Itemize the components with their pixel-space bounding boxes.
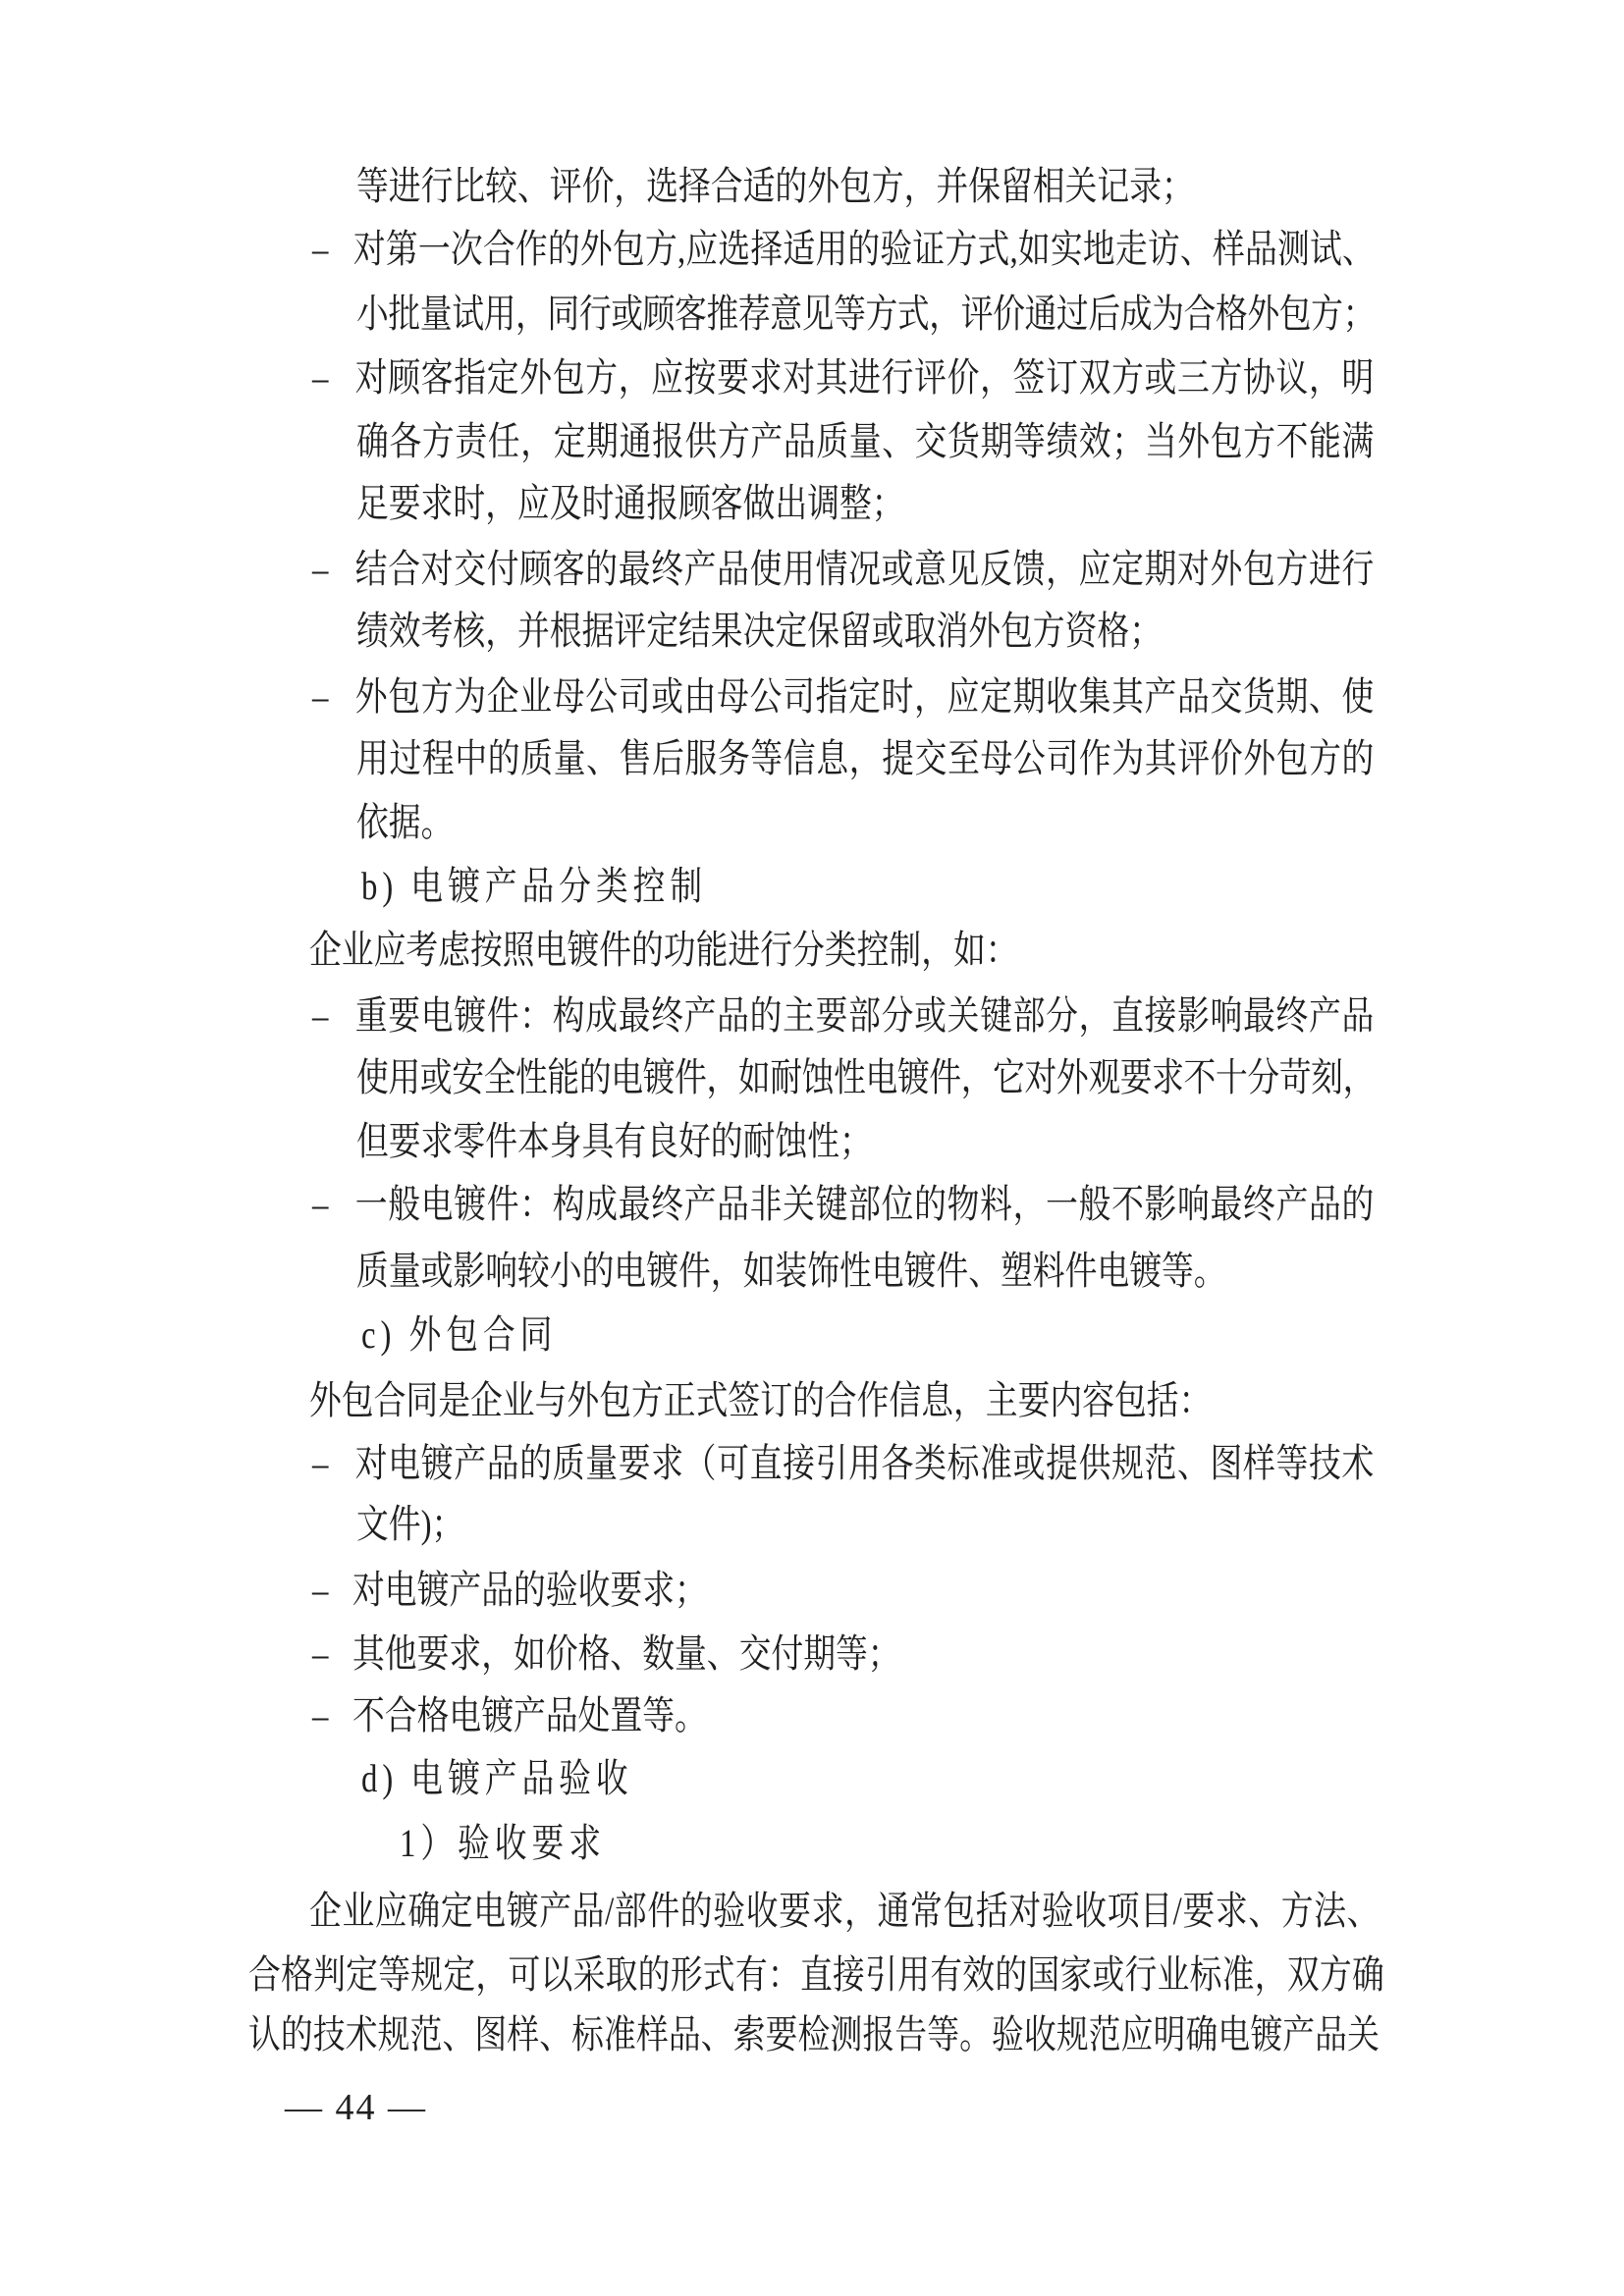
text-line: – 对第一次合作的外包方,应选择适用的验证方式,如实地走访、样品测试、 — [312, 226, 1375, 273]
text-line: 用过程中的质量、售后服务等信息，提交至母公司作为其评价外包方的 — [356, 735, 1375, 782]
text-line: – 对电镀产品的验收要求； — [312, 1567, 707, 1614]
document-page: 等进行比较、评价，选择合适的外包方，并保留相关记录；– 对第一次合作的外包方,应… — [0, 0, 1624, 2296]
text-line: d) 电镀产品验收 — [361, 1755, 633, 1802]
text-line: – 重要电镀件：构成最终产品的主要部分或关键部分，直接影响最终产品 — [312, 992, 1375, 1040]
text-line: 绩效考核，并根据评定结果决定保留或取消外包方资格； — [356, 608, 1162, 655]
text-line: – 不合格电镀产品处置等。 — [312, 1692, 707, 1739]
page-number-footer: — 44 — — [285, 2086, 427, 2129]
text-line: – 对顾客指定外包方，应按要求对其进行评价，签订双方或三方协议，明 — [312, 354, 1375, 401]
text-line: 合格判定等规定，可以采取的形式有：直接引用有效的国家或行业标准，双方确 — [248, 1951, 1384, 1999]
text-line: 文件)； — [356, 1501, 463, 1548]
text-line: 依据。 — [356, 799, 453, 846]
text-line: 认的技术规范、图样、标准样品、索要检测报告等。验收规范应明确电镀产品关 — [248, 2011, 1380, 2058]
text-line: 小批量试用，同行或顾客推荐意见等方式，评价通过后成为合格外包方； — [356, 291, 1375, 338]
text-line: – 结合对交付顾客的最终产品使用情况或意见反馈，应定期对外包方进行 — [312, 546, 1375, 593]
text-line: – 对电镀产品的质量要求（可直接引用各类标准或提供规范、图样等技术 — [312, 1440, 1375, 1487]
text-line: 确各方责任，定期通报供方产品质量、交货期等绩效；当外包方不能满 — [356, 418, 1375, 465]
text-line: 1）验收要求 — [400, 1820, 606, 1867]
text-line: 企业应考虑按照电镀件的功能进行分类控制，如： — [309, 927, 1018, 974]
text-line: 企业应确定电镀产品/部件的验收要求，通常包括对验收项目/要求、方法、 — [309, 1888, 1380, 1935]
text-line: c) 外包合同 — [361, 1311, 557, 1359]
text-line: 足要求时，应及时通报顾客做出调整； — [356, 480, 904, 527]
text-line: 质量或影响较小的电镀件，如装饰性电镀件、塑料件电镀等。 — [356, 1248, 1226, 1295]
text-line: – 其他要求，如价格、数量、交付期等； — [312, 1630, 900, 1678]
text-line: 等进行比较、评价，选择合适的外包方，并保留相关记录； — [356, 163, 1194, 210]
text-line: 但要求零件本身具有良好的耐蚀性； — [356, 1118, 872, 1165]
text-line: – 一般电镀件：构成最终产品非关键部位的物料，一般不影响最终产品的 — [312, 1181, 1375, 1228]
text-line: b) 电镀产品分类控制 — [361, 863, 707, 910]
text-line: 外包合同是企业与外包方正式签订的合作信息，主要内容包括： — [309, 1377, 1211, 1424]
text-line: 使用或安全性能的电镀件，如耐蚀性电镀件，它对外观要求不十分苛刻， — [356, 1054, 1375, 1101]
text-line: – 外包方为企业母公司或由母公司指定时，应定期收集其产品交货期、使 — [312, 673, 1375, 721]
